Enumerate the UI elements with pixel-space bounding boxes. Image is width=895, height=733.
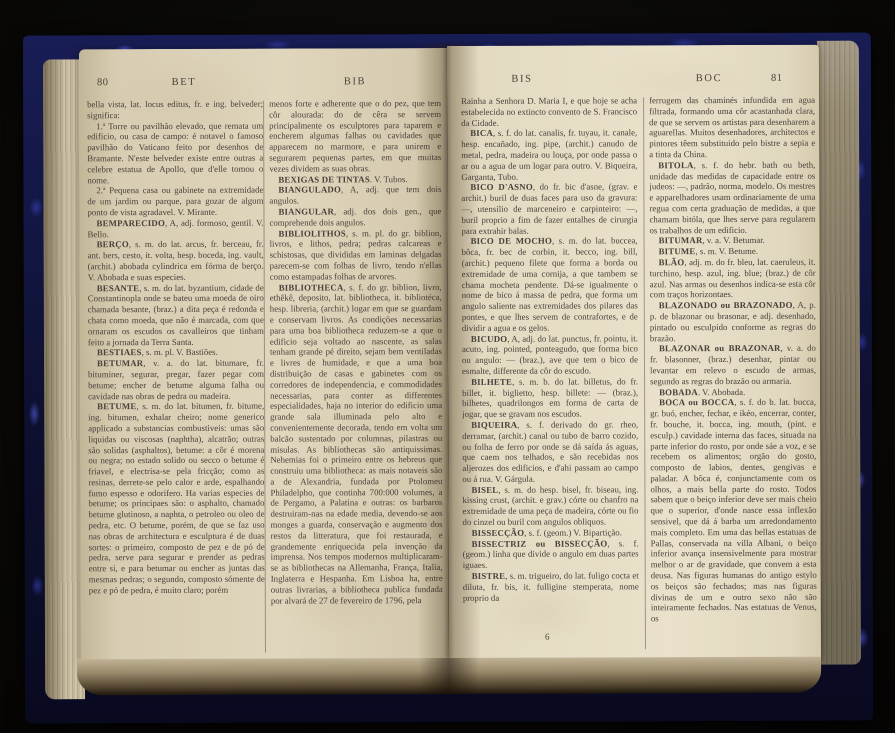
- dictionary-entry: BISTRE, s. m. trigueiro, do lat. fuligo …: [463, 570, 639, 603]
- continuation-paragraph: bella vista, lat. locus editus, fr. e in…: [87, 99, 263, 121]
- continuation-paragraph: menos forte e adherente que o do pez, qu…: [269, 98, 441, 174]
- text-column-left-1: bella vista, lat. locus editus, fr. e in…: [87, 99, 265, 656]
- dictionary-entry: BERÇO, s. m. do lat. arcus, fr. berceau,…: [88, 239, 264, 283]
- photo-background: 80 BET BIB bella vista, lat. locus editu…: [0, 0, 895, 733]
- entry-headword: BESTIAES: [97, 347, 142, 357]
- page-number-right: 81: [771, 73, 783, 84]
- page-bottom-curve: [77, 657, 821, 696]
- continuation-paragraph: ferrugem das chaminés infundida em agua …: [649, 95, 815, 160]
- dictionary-entry: BLÃO, adj. m. do fr. bleu, lat. caeruleu…: [650, 257, 816, 301]
- dictionary-entry: BIANGULAR, adj. dos dois gen., que compr…: [269, 206, 441, 228]
- entry-headword: BISEL: [471, 485, 498, 495]
- dictionary-entry: BLAZONAR ou BRAZONAR, v. a. do fr. blaso…: [650, 343, 816, 387]
- dictionary-entry: BESANTE, s. m. do lat. byzantium, cidade…: [88, 282, 264, 347]
- entry-headword: BEXIGAS DE TINTAS: [278, 174, 370, 184]
- dictionary-entry: BISSECÇÃO, s. f. (geom.) V. Bipartição.: [463, 527, 639, 538]
- entry-headword: BITUME: [659, 246, 696, 256]
- running-head-word-bis: BIS: [447, 73, 597, 85]
- text-column-left-2: menos forte e adherente que o do pez, qu…: [269, 98, 443, 655]
- dictionary-entry: BIANGULADO, A, adj. que tem dois angulos…: [269, 184, 441, 206]
- dictionary-entry: BOCA ou BOCCA, s. f. do b. lat. bucca, g…: [650, 397, 817, 624]
- dictionary-entry: BETUME, s. m. do lat. bitumen, fr. bitum…: [88, 401, 265, 596]
- entry-headword: BICA: [470, 128, 493, 138]
- dictionary-entry: BITUME, s. m. V. Betume.: [650, 246, 816, 257]
- open-book: 80 BET BIB bella vista, lat. locus editu…: [0, 0, 895, 733]
- dictionary-entry: BIQUEIRA, s. f. derivado do gr. rheo, de…: [462, 419, 638, 484]
- running-head-right-page: BIS BOC 81: [447, 73, 819, 90]
- dictionary-entry: BICO D'ASNO, do fr. bic d'asne, (grav. e…: [461, 182, 637, 237]
- book-page-left: 80 BET BIB bella vista, lat. locus editu…: [79, 48, 449, 663]
- entry-headword: BILHETE: [471, 376, 512, 386]
- entry-headword: BIBLIOLITHOS: [279, 228, 346, 238]
- entry-headword: BICO D'ASNO: [470, 182, 533, 192]
- entry-headword: BIANGULAR: [278, 206, 334, 216]
- entry-headword: BIQUEIRA: [471, 420, 517, 430]
- entry-headword: BOCA ou BOCCA: [659, 397, 734, 407]
- continuation-paragraph: Rainha a Senhora D. Maria I, e que hoje …: [461, 95, 637, 128]
- entry-headword: BITUMAR: [659, 235, 703, 245]
- entry-headword: BERÇO: [97, 239, 129, 249]
- entry-headword: BITOLA: [658, 160, 693, 170]
- entry-headword: BOBADA: [659, 387, 698, 397]
- entry-headword: BEMPARECIDO: [96, 218, 165, 228]
- entry-headword: BISSECÇÃO: [472, 528, 525, 538]
- page-fore-edge-right: [817, 41, 861, 665]
- running-head-word-bet: BET: [109, 77, 259, 89]
- dictionary-entry: BICUDO, A, adj. do lat. punctus, fr. poi…: [462, 333, 638, 377]
- dictionary-entry: BLAZONADO ou BRAZONADO, A, p. p. de blaz…: [650, 300, 816, 344]
- dictionary-entry: BETUMAR, v. a. do lat. bitumare, fr. bit…: [88, 358, 264, 402]
- entry-headword: BLÃO: [659, 257, 685, 267]
- dictionary-entry: BESTIAES, s. m. pl. V. Bastiões.: [88, 347, 264, 358]
- entry-headword: BISTRE: [472, 571, 506, 581]
- signature-mark: 6: [545, 632, 550, 642]
- dictionary-entry: BOBADA. V. Abobada.: [650, 386, 816, 397]
- entry-headword: BLAZONAR ou BRAZONAR: [659, 343, 781, 353]
- dictionary-entry: BICO DE MOCHO, s. m. do lat. buccea, bôc…: [462, 236, 638, 334]
- dictionary-entry: BEMPARECIDO, A, adj. formoso, gentil. V.…: [87, 217, 263, 239]
- dictionary-entry: BILHETE, s. m. b. do lat. billetus, do f…: [462, 376, 638, 420]
- continuation-paragraph: 2.ª Pequena casa ou gabinete na extremid…: [87, 185, 263, 218]
- entry-headword: BIBLIOTHECA: [279, 282, 344, 292]
- text-column-right-1: Rainha a Senhora D. Maria I, e que hoje …: [461, 95, 639, 632]
- page-number-left: 80: [97, 77, 109, 88]
- book-page-right: BIS BOC 81 Rainha a Senhora D. Maria I, …: [447, 45, 821, 662]
- continuation-paragraph: 1.ª Torre ou pavilhão elevado, que remat…: [87, 120, 263, 185]
- text-column-right-2: ferrugem das chaminés infundida em agua …: [649, 95, 817, 652]
- dictionary-entry: BISSECTRIZ ou BISSECÇÃO, s. f. (geom.) l…: [463, 538, 639, 571]
- dictionary-entry: BEXIGAS DE TINTAS. V. Tubos.: [269, 174, 441, 185]
- dictionary-entry: BIBLIOTHECA, s. f. do gr. biblion, livro…: [270, 282, 443, 607]
- running-head-word-boc: BOC: [649, 73, 769, 84]
- entry-headword: BESANTE: [97, 283, 140, 293]
- entry-headword: BIANGULADO: [278, 185, 341, 195]
- entry-headword: BICUDO: [471, 333, 507, 343]
- dictionary-entry: BITUMAR, v. a. V. Betumar.: [650, 235, 816, 246]
- column-divider-rule: [643, 97, 646, 649]
- entry-headword: BLAZONADO ou BRAZONADO: [659, 300, 793, 310]
- entry-headword: BETUME: [97, 401, 136, 411]
- running-head-left-page: 80 BET BIB: [79, 76, 447, 93]
- entry-headword: BICO DE MOCHO: [471, 236, 552, 246]
- dictionary-entry: BITOLA, s. f. do hebr. bath ou beth, uni…: [649, 159, 815, 235]
- entry-headword: BETUMAR: [97, 358, 143, 368]
- dictionary-entry: BIBLIOLITHOS, s. m. pl. do gr. biblion, …: [270, 228, 442, 283]
- dictionary-entry: BICA, s. f. do lat. canalis, fr. tuyau, …: [461, 128, 637, 183]
- entry-headword: BISSECTRIZ ou BISSECÇÃO: [472, 538, 608, 548]
- dictionary-entry: BISEL, s. m. do hesp. bisel, fr. biseau,…: [462, 484, 638, 528]
- running-head-word-bib: BIB: [269, 76, 441, 88]
